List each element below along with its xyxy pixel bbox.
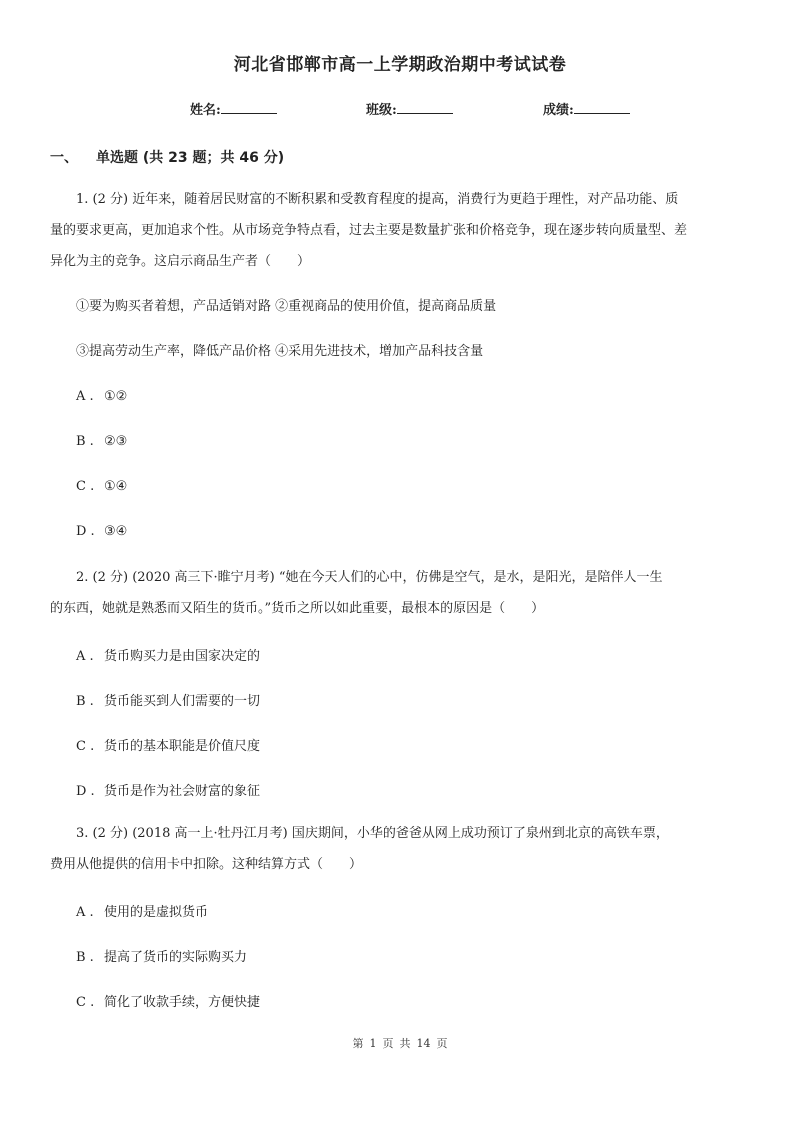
question-3-option-a: A .使用的是虚拟货币 [76, 901, 208, 920]
page-title: 河北省邯郸市高一上学期政治期中考试试卷 [0, 50, 800, 75]
class-label: 班级: [366, 103, 397, 118]
section-title: 单选题 (共 23 题；共 46 分) [96, 150, 284, 166]
question-2-line-2: 的东西，她就是熟悉而又陌生的货币。”货币之所以如此重要，最根本的原因是（ ） [50, 600, 760, 618]
question-1-option-c: C .①④ [76, 479, 127, 494]
question-1-option-d: D .③④ [76, 524, 127, 539]
score-blank [574, 99, 630, 114]
question-3-line-2: 费用从他提供的信用卡中扣除。这种结算方式（ ） [50, 856, 760, 874]
page-footer: 第1页共14页 [0, 1035, 800, 1051]
question-2-option-d: D .货币是作为社会财富的象征 [76, 780, 260, 799]
section-heading: 一、单选题 (共 23 题；共 46 分) [50, 147, 284, 167]
section-number: 一、 [50, 150, 78, 166]
question-3-line-1: 3. (2 分) (2018 高一上·牡丹江月考) 国庆期间，小华的爸爸从网上成… [76, 825, 786, 843]
question-2-option-a: A .货币购买力是由国家决定的 [76, 645, 260, 664]
name-field: 姓名: [190, 99, 277, 118]
total-pages: 14 [417, 1037, 431, 1050]
name-label: 姓名: [190, 103, 221, 118]
question-1-line-2: 量的要求更高，更加追求个性。从市场竞争特点看，过去主要是数量扩张和价格竞争，现在… [50, 222, 760, 240]
current-page: 1 [370, 1037, 377, 1050]
question-3-option-b: B .提高了货币的实际购买力 [76, 946, 247, 965]
question-2-option-c: C .货币的基本职能是价值尺度 [76, 735, 260, 754]
question-1-statement-2: ③提高劳动生产率，降低产品价格 ④采用先进技术，增加产品科技含量 [76, 343, 786, 361]
name-blank [221, 99, 277, 114]
question-1-option-a: A .①② [76, 389, 127, 404]
class-blank [397, 99, 453, 114]
student-info-row: 姓名: 班级: 成绩: [0, 99, 800, 119]
score-label: 成绩: [543, 103, 574, 118]
question-1-option-b: B .②③ [76, 434, 127, 449]
question-1-line-1: 1. (2 分) 近年来，随着居民财富的不断积累和受教育程度的提高，消费行为更趋… [76, 191, 786, 209]
question-2-option-b: B .货币能买到人们需要的一切 [76, 690, 260, 709]
class-field: 班级: [366, 99, 453, 118]
question-2-line-1: 2. (2 分) (2020 高三下·睢宁月考) “她在今天人们的心中，仿佛是空… [76, 569, 786, 587]
question-1-statement-1: ①要为购买者着想，产品适销对路 ②重视商品的使用价值，提高商品质量 [76, 298, 786, 316]
question-3-option-c: C .简化了收款手续，方便快捷 [76, 991, 260, 1010]
question-1-line-3: 异化为主的竞争。这启示商品生产者（ ） [50, 253, 760, 271]
score-field: 成绩: [543, 99, 630, 118]
